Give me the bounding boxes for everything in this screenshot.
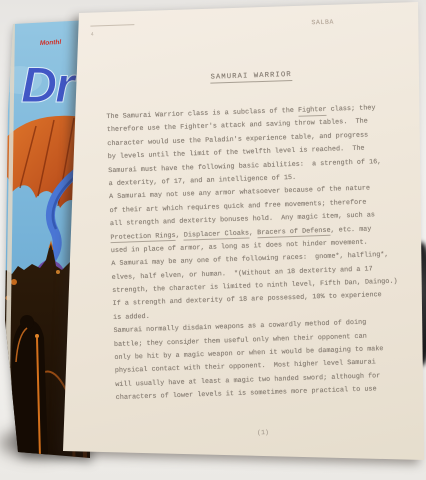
title-row: SAMURAI WARRIOR: [105, 59, 397, 87]
photo-scene: Monthl Dr: [0, 0, 426, 480]
underlined-term: Displacer Cloaks: [184, 229, 250, 241]
page-title: SAMURAI WARRIOR: [210, 71, 291, 84]
manuscript-page-wrap: 4 SALBA SAMURAI WARRIOR The Samurai Warr…: [0, 0, 426, 480]
corner-pencil-tick: 4: [91, 32, 94, 38]
typed-content: 4 SALBA SAMURAI WARRIOR The Samurai Warr…: [79, 3, 423, 454]
typed-sheet: SAMURAI WARRIOR The Samurai Warrior clas…: [103, 4, 409, 441]
underlined-term: Fighter: [298, 106, 327, 116]
body-text: The Samurai Warrior class is a subclass …: [106, 101, 408, 405]
underlined-term: Protection Rings: [110, 231, 176, 243]
underlined-term: Bracers of Defense: [257, 226, 331, 238]
page-number: (1): [117, 424, 409, 441]
manuscript-page: 4 SALBA SAMURAI WARRIOR The Samurai Warr…: [0, 0, 426, 480]
margin-mark: ·: [185, 341, 190, 350]
